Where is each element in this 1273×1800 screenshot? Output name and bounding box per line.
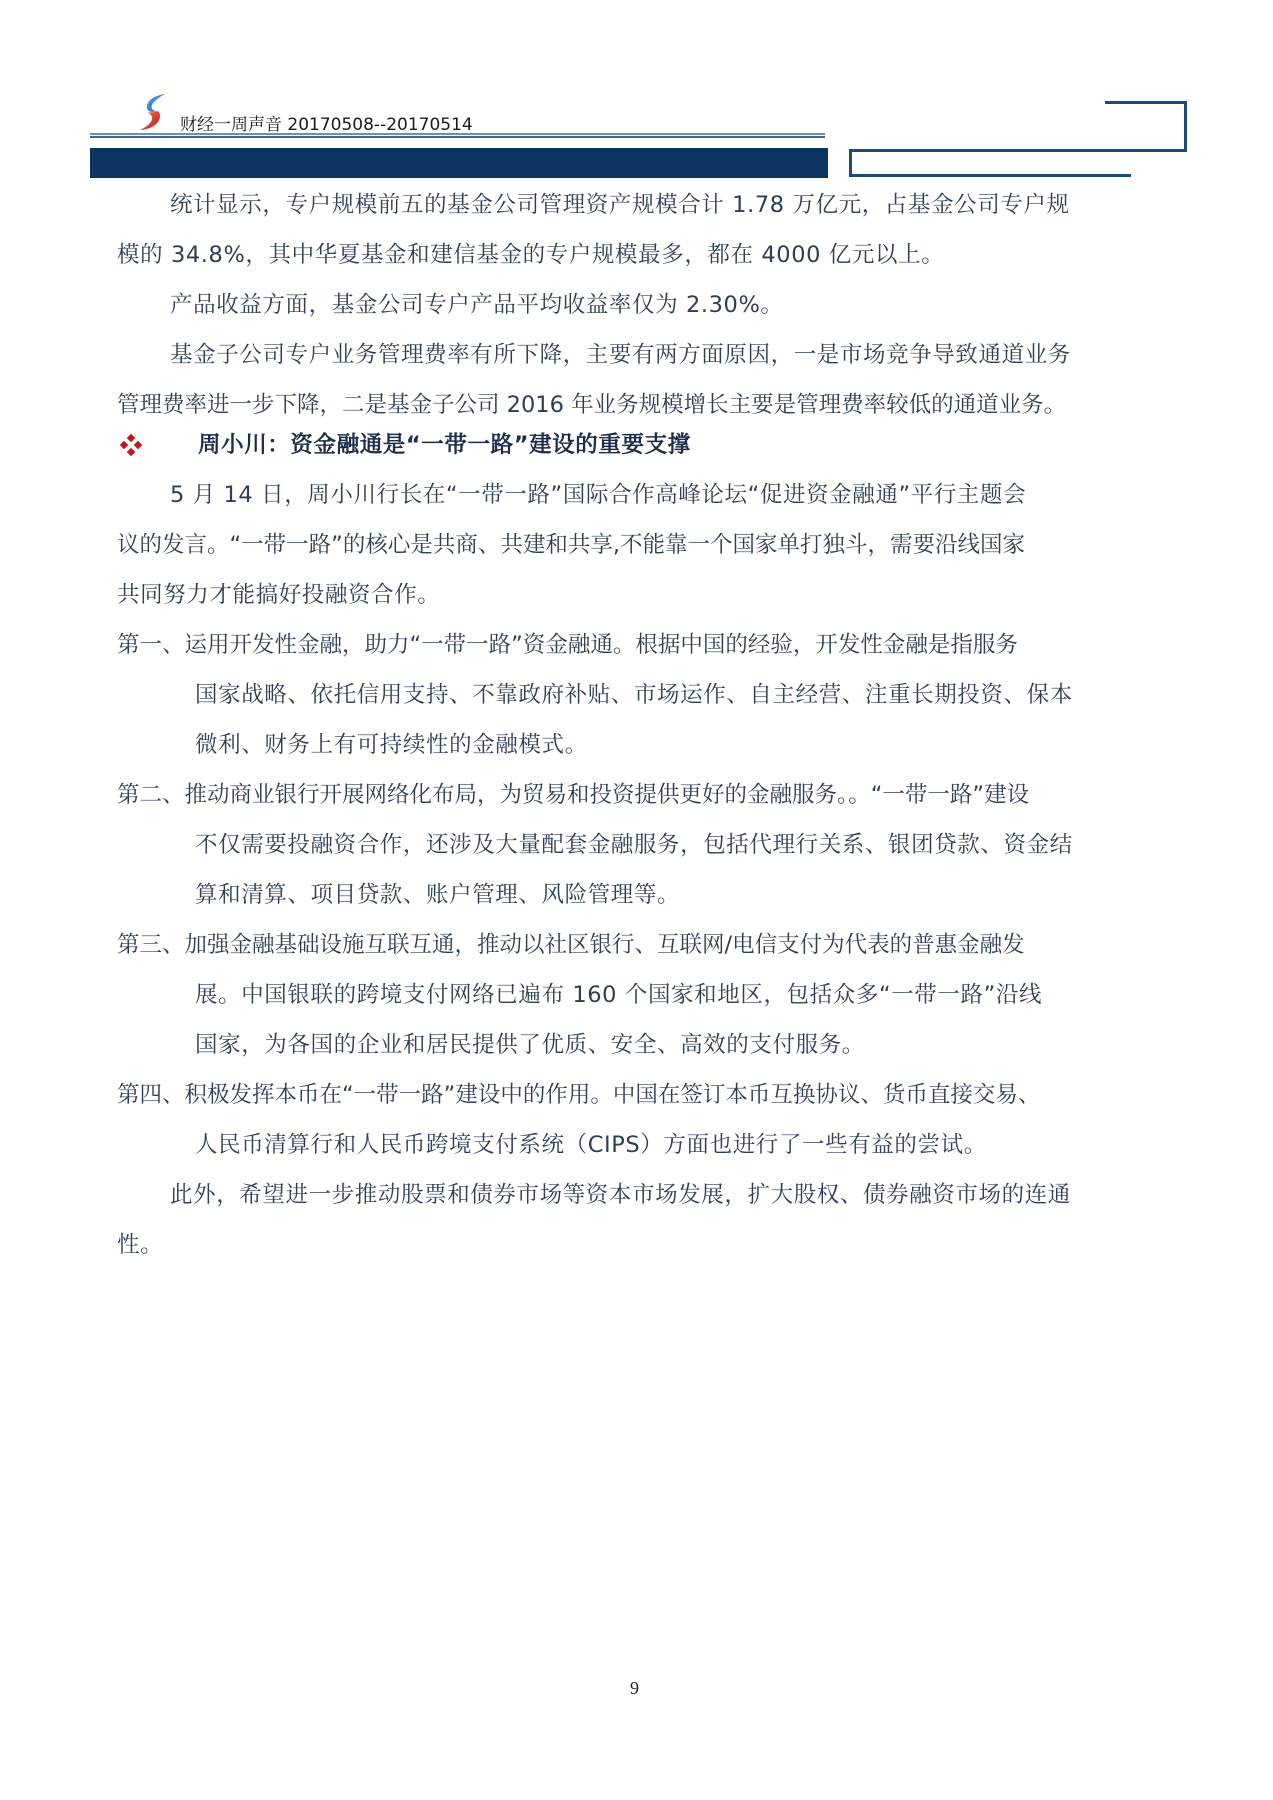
header-rule bbox=[90, 136, 825, 138]
swoosh-logo-icon bbox=[138, 92, 168, 132]
list-item-line: 第二、推动商业银行开展网络化布局，为贸易和投资提供更好的金融服务。。“一带一路”… bbox=[117, 780, 1029, 810]
paragraph-line: 性。 bbox=[117, 1230, 163, 1260]
section-heading-text: 周小川：资金融通是“一带一路”建设的重要支撑 bbox=[198, 432, 691, 458]
decorative-bracket-line bbox=[849, 174, 1131, 177]
paragraph-line: 基金子公司专户业务管理费率有所下降，主要有两方面原因，一是市场竞争导致通道业务 bbox=[170, 340, 1071, 370]
paragraph-line: 议的发言。“一带一路”的核心是共商、共建和共享,不能靠一个国家单打独斗，需要沿线… bbox=[117, 530, 1025, 560]
list-item-line: 算和清算、项目贷款、账户管理、风险管理等。 bbox=[195, 880, 680, 910]
list-item-line: 不仅需要投融资合作，还涉及大量配套金融服务，包括代理行关系、银团贷款、资金结 bbox=[195, 830, 1073, 860]
list-item-line: 第三、加强金融基础设施互联互通，推动以社区银行、互联网/电信支付为代表的普惠金融… bbox=[117, 930, 1025, 960]
paragraph-line: 模的 34.8%，其中华夏基金和建信基金的专户规模最多，都在 4000 亿元以上… bbox=[117, 240, 944, 270]
paragraph-line: 统计显示，专户规模前五的基金公司管理资产规模合计 1.78 万亿元，占基金公司专… bbox=[170, 190, 1070, 220]
decorative-bracket-line bbox=[849, 149, 1187, 152]
list-item-line: 展。中国银联的跨境支付网络已遍布 160 个国家和地区，包括众多“一带一路”沿线 bbox=[195, 980, 1042, 1010]
list-item-line: 人民币清算行和人民币跨境支付系统（CIPS）方面也进行了一些有益的尝试。 bbox=[195, 1130, 987, 1160]
header-rule bbox=[90, 133, 825, 135]
report-title: 财经一周声音 20170508--20170514 bbox=[180, 110, 473, 135]
decorative-bracket-line bbox=[1105, 101, 1187, 104]
page-number: 9 bbox=[630, 1678, 639, 1699]
list-item-line: 微利、财务上有可持续性的金融模式。 bbox=[195, 730, 588, 760]
paragraph-line: 产品收益方面，基金公司专户产品平均收益率仅为 2.30%。 bbox=[170, 290, 784, 320]
paragraph-line: 共同努力才能搞好投融资合作。 bbox=[117, 580, 440, 610]
list-item-line: 国家，为各国的企业和居民提供了优质、安全、高效的支付服务。 bbox=[195, 1030, 865, 1060]
red-diamond-bullet-icon bbox=[119, 433, 143, 457]
list-item-line: 第四、积极发挥本币在“一带一路”建设中的作用。中国在签订本币互换协议、货币直接交… bbox=[117, 1080, 1040, 1110]
list-item-line: 国家战略、依托信用支持、不靠政府补贴、市场运作、自主经营、注重长期投资、保本 bbox=[195, 680, 1073, 710]
header-band bbox=[90, 148, 828, 178]
paragraph-line: 此外，希望进一步推动股票和债券市场等资本市场发展，扩大股权、债券融资市场的连通 bbox=[170, 1180, 1071, 1210]
decorative-bracket-line bbox=[849, 149, 852, 177]
section-heading: 周小川：资金融通是“一带一路”建设的重要支撑 bbox=[160, 430, 691, 460]
list-item-line: 第一、运用开发性金融，助力“一带一路”资金融通。根据中国的经验，开发性金融是指服… bbox=[117, 630, 1018, 660]
paragraph-line: 管理费率进一步下降，二是基金子公司 2016 年业务规模增长主要是管理费率较低的… bbox=[117, 390, 1066, 420]
paragraph-line: 5 月 14 日，周小川行长在“一带一路”国际合作高峰论坛“促进资金融通”平行主… bbox=[170, 480, 1026, 510]
decorative-bracket-line bbox=[1184, 101, 1187, 152]
